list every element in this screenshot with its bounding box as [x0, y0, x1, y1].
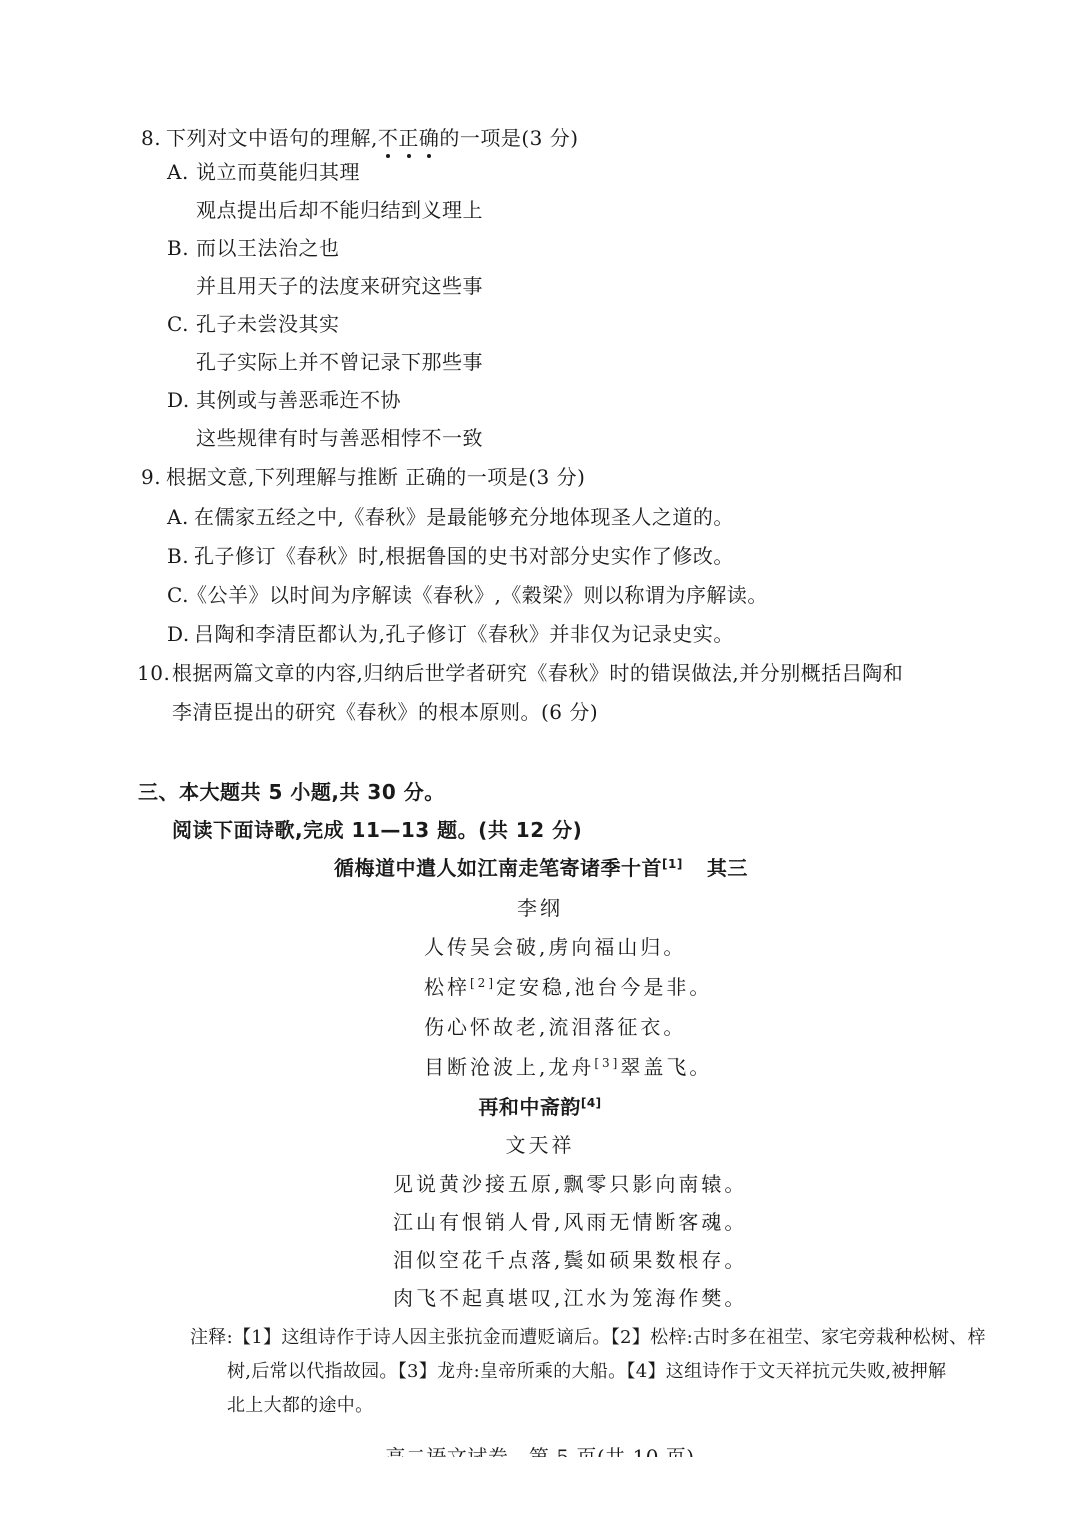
q8-option-b-quote-text: 而以王法治之也 [196, 236, 340, 260]
poem-2-line-2: 江山有恨销人骨,风雨无情断客魂。 [393, 1210, 747, 1234]
poem-1-line-2-ref: [2] [470, 976, 496, 990]
q9-option-d-text: 吕陶和李清臣都认为,孔子修订《春秋》并非仅为记录史实。 [194, 622, 734, 646]
notes-line-3: 北上大都的途中。 [227, 1394, 373, 1418]
q8-option-c-label: C. [167, 312, 196, 336]
q9-option-a-label: A. [167, 505, 194, 529]
q9-option-c-label: C. [167, 583, 187, 607]
q8-stem: 8.下列对文中语句的理解,不正确的一项是(3 分) [141, 126, 579, 150]
q9-option-c-text: 《公羊》以时间为序解读《春秋》,《穀梁》则以称谓为序解读。 [187, 583, 768, 607]
q8-option-c-quote: C.孔子未尝没其实 [167, 312, 340, 336]
poem-2-line-4: 肉飞不起真堪叹,江水为笼海作樊。 [393, 1286, 747, 1310]
q9-stem: 9.根据文意,下列理解与推断 正确的一项是(3 分) [141, 465, 585, 489]
q8-emphasis-char-2: 正 [398, 126, 419, 150]
q10-stem-text-1: 根据两篇文章的内容,归纳后世学者研究《春秋》时的错误做法,并分别概括吕陶和 [172, 661, 903, 685]
q8-stem-after: 的一项是(3 分) [439, 126, 578, 150]
poem-1-line-3: 伤心怀故老,流泪落征衣。 [424, 1015, 686, 1039]
q10-stem-line-1: 10.根据两篇文章的内容,归纳后世学者研究《春秋》时的错误做法,并分别概括吕陶和 [137, 661, 903, 685]
poem-1-line-3-text: 伤心怀故老,流泪落征衣。 [424, 1015, 686, 1039]
q8-stem-before: 下列对文中语句的理解, [166, 126, 378, 150]
poem-1-line-4-text-a: 目断沧波上,龙舟 [424, 1055, 594, 1079]
notes-line-1: 注释:【1】这组诗作于诗人因主张抗金而遭贬谪后。【2】松梓:古时多在祖茔、家宅旁… [190, 1326, 986, 1350]
poem-1-title-suffix: 其三 [707, 856, 748, 880]
section-3-instruction: 阅读下面诗歌,完成 11—13 题。(共 12 分) [172, 818, 582, 842]
poem-2-title: 再和中斋韵[4] [0, 1095, 1080, 1119]
q8-number: 8. [141, 126, 166, 150]
page-footer: 高二语文试卷 第 5 页(共 10 页) [0, 1445, 1080, 1457]
poem-1-line-4-ref: [3] [594, 1056, 620, 1070]
poem-1-title-ref: [1] [662, 857, 683, 871]
q8-option-c-interpretation: 孔子实际上并不曾记录下那些事 [196, 350, 483, 374]
q9-option-b-label: B. [167, 544, 194, 568]
poem-1-title-text: 循梅道中遣人如江南走笔寄诸季十首 [334, 856, 662, 880]
poem-1-line-2-text-a: 松梓 [424, 975, 470, 999]
q10-number: 10. [137, 661, 172, 685]
q8-option-a-interpretation: 观点提出后却不能归结到义理上 [196, 198, 483, 222]
q9-option-d-label: D. [167, 622, 194, 646]
poem-2-title-text: 再和中斋韵 [478, 1095, 581, 1119]
poem-1-line-2-text-b: 定安稳,池台今是非。 [496, 975, 712, 999]
q8-option-b-quote: B.而以王法治之也 [167, 236, 340, 260]
q8-option-d-label: D. [167, 388, 196, 412]
q10-stem-line-2: 李清臣提出的研究《春秋》的根本原则。(6 分) [172, 700, 598, 724]
q8-option-a-label: A. [167, 160, 196, 184]
q9-option-c: C.《公羊》以时间为序解读《春秋》,《穀梁》则以称谓为序解读。 [167, 583, 768, 607]
poem-1-line-4: 目断沧波上,龙舟[3]翠盖飞。 [424, 1055, 712, 1079]
poem-1-author: 李纲 [0, 896, 1080, 920]
poem-1-line-2: 松梓[2]定安稳,池台今是非。 [424, 975, 712, 999]
poem-2-line-1: 见说黄沙接五原,飘零只影向南辕。 [393, 1172, 747, 1196]
poem-2-author: 文天祥 [0, 1133, 1080, 1157]
section-3-heading: 三、本大题共 5 小题,共 30 分。 [138, 780, 445, 804]
q9-option-b-text: 孔子修订《春秋》时,根据鲁国的史书对部分史实作了修改。 [194, 544, 734, 568]
q9-option-b: B.孔子修订《春秋》时,根据鲁国的史书对部分史实作了修改。 [167, 544, 734, 568]
q8-option-b-label: B. [167, 236, 196, 260]
page-footer-clip: 高二语文试卷 第 5 页(共 10 页) [0, 1445, 1080, 1457]
q8-emphasis-char-3: 确 [419, 126, 440, 150]
q8-option-b-interpretation: 并且用天子的法度来研究这些事 [196, 274, 483, 298]
poem-1-line-1-text: 人传吴会破,虏向福山归。 [424, 935, 686, 959]
q8-option-d-interpretation: 这些规律有时与善恶相悖不一致 [196, 426, 483, 450]
poem-1-line-4-text-b: 翠盖飞。 [620, 1055, 712, 1079]
poem-2-title-ref: [4] [581, 1096, 602, 1110]
q9-option-d: D.吕陶和李清臣都认为,孔子修订《春秋》并非仅为记录史实。 [167, 622, 734, 646]
q8-option-c-quote-text: 孔子未尝没其实 [196, 312, 340, 336]
q9-number: 9. [141, 465, 166, 489]
q8-emphasis-char-1: 不 [378, 126, 399, 150]
q9-option-a: A.在儒家五经之中,《春秋》是最能够充分地体现圣人之道的。 [167, 505, 734, 529]
q8-option-a-quote-text: 说立而莫能归其理 [196, 160, 360, 184]
q9-option-a-text: 在儒家五经之中,《春秋》是最能够充分地体现圣人之道的。 [194, 505, 734, 529]
q9-stem-text: 根据文意,下列理解与推断 正确的一项是(3 分) [166, 465, 585, 489]
poem-1-line-1: 人传吴会破,虏向福山归。 [424, 935, 686, 959]
poem-2-line-3: 泪似空花千点落,鬓如硕果数根存。 [393, 1248, 747, 1272]
q8-option-a-quote: A.说立而莫能归其理 [167, 160, 360, 184]
poem-1-title: 循梅道中遣人如江南走笔寄诸季十首[1]其三 [334, 856, 748, 880]
q8-option-d-quote-text: 其例或与善恶乖迕不协 [196, 388, 401, 412]
notes-line-2: 树,后常以代指故园。【3】龙舟:皇帝所乘的大船。【4】这组诗作于文天祥抗元失败,… [227, 1360, 946, 1384]
q8-option-d-quote: D.其例或与善恶乖迕不协 [167, 388, 401, 412]
